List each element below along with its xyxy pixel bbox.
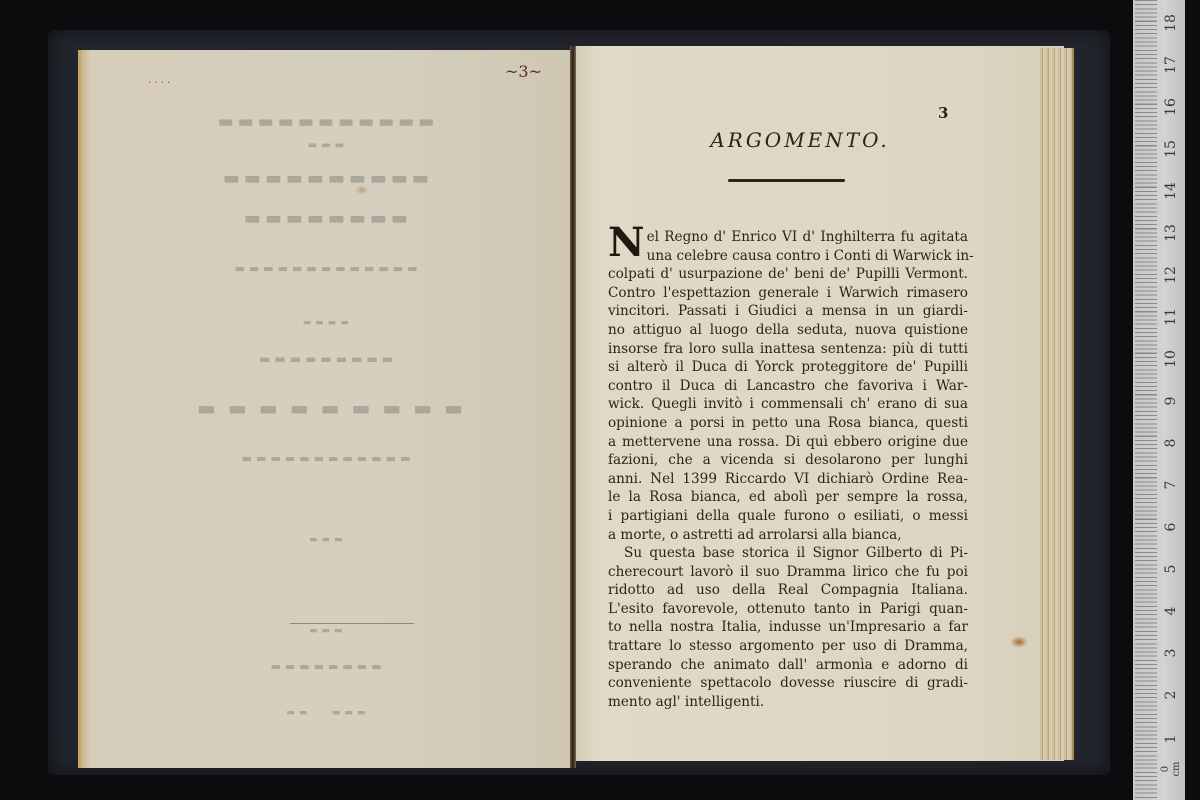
text-line: vincitori. Passati i Giudici a mensa in …	[608, 302, 968, 321]
heading-rule	[728, 179, 845, 182]
text-line: si alterò il Duca di Yorck proteggitore …	[608, 358, 968, 377]
ghost-text-line: ▬▬▬▬▬▬▬▬	[78, 660, 570, 673]
ruler-ticks	[1135, 0, 1157, 800]
text-line: le la Rosa bianca, ed abolì per sempre l…	[608, 488, 968, 507]
text-line: fazioni, che a vicenda si desolarono per…	[608, 451, 968, 470]
red-ink-dots: · · · ·	[148, 78, 170, 89]
text-line: insorse fra loro sulla inattesa sentenza…	[608, 340, 968, 359]
text-line: sperando che animato dall' armonìa e ado…	[608, 656, 968, 675]
ruler-label: 7	[1163, 474, 1179, 496]
page-number: 3	[938, 104, 948, 122]
text-line: anni. Nel 1399 Riccardo VI dichiarò Ordi…	[608, 470, 968, 489]
ruler-label: 4	[1163, 600, 1179, 622]
text-line: a morte, o astretti ad arrolarsi alla bi…	[608, 526, 968, 545]
ruler-label: 15	[1163, 138, 1179, 160]
ghost-text-line: ▬▬▬▬▬▬▬▬▬	[78, 352, 570, 366]
page-edges	[1040, 48, 1074, 760]
ghost-text-line: ▬▬▬ ▬▬	[78, 708, 570, 718]
ghost-text-line: ▬▬▬▬▬▬▬▬▬▬▬▬▬	[78, 262, 570, 275]
text-line: colpati d' usurpazione de' beni de' Pupi…	[608, 265, 968, 284]
ruler-label: 14	[1163, 180, 1179, 202]
drop-cap: N	[608, 228, 645, 258]
text-line: una celebre causa contro i Conti di Warw…	[608, 247, 968, 266]
ghost-text-line: ▬▬▬	[78, 626, 570, 636]
ghost-text-line: ▬▬▬▬	[78, 318, 570, 328]
page-heading: ARGOMENTO.	[700, 128, 900, 152]
text-line: contro il Duca di Lancastro che favoriva…	[608, 377, 968, 396]
foxing-stain	[1010, 636, 1028, 648]
ruler-label: 12	[1163, 264, 1179, 286]
ruler-label: 17	[1163, 54, 1179, 76]
text-line: conveniente spettacolo dovesse riuscire …	[608, 674, 968, 693]
foxing-stain	[355, 185, 369, 195]
text-line: L'esito favorevole, ottenuto tanto in Pa…	[608, 600, 968, 619]
ruler-label: 10	[1163, 348, 1179, 370]
ruler-label: 5	[1163, 558, 1179, 580]
ghost-text-line: ▬▬▬▬▬▬▬▬▬▬▬	[78, 112, 570, 132]
ruler-label: 2	[1163, 684, 1179, 706]
ghost-text-line: ▬▬▬▬▬▬▬▬▬▬	[78, 168, 570, 189]
handwritten-mark: ~3~	[505, 62, 542, 81]
text-line: trattare lo stesso argomento per uso di …	[608, 637, 968, 656]
text-line: i partigiani della quale furono o esilia…	[608, 507, 968, 526]
text-line: no attiguo al luogo della seduta, nuova …	[608, 321, 968, 340]
ruler-label: 9	[1163, 390, 1179, 412]
ghost-ornament: ▬▬▬	[78, 535, 570, 545]
ruler-label: 3	[1163, 642, 1179, 664]
ghost-text-line: ▬▬▬	[78, 140, 570, 151]
text-line: el Regno d' Enrico VI d' Inghilterra fu …	[608, 228, 968, 247]
ruler-label: 13	[1163, 222, 1179, 244]
text-line: opinione a porsi in petto una Rosa bianc…	[608, 414, 968, 433]
ghost-rule	[290, 623, 414, 624]
text-line: to nella nostra Italia, indusse un'Impre…	[608, 618, 968, 637]
ruler-label: 18	[1163, 12, 1179, 34]
ruler-label: 1	[1163, 728, 1179, 750]
ghost-text-line: ▬▬▬▬▬▬▬▬	[78, 208, 570, 229]
ruler-label: 8	[1163, 432, 1179, 454]
argument-body: N el Regno d' Enrico VI d' Inghilterra f…	[608, 228, 968, 711]
text-line: cherecourt lavorò il suo Dramma lirico c…	[608, 563, 968, 582]
ghost-text-line: ▬▬▬▬▬▬▬▬▬	[78, 396, 570, 420]
ruler-label: 6	[1163, 516, 1179, 538]
ruler-label: 16	[1163, 96, 1179, 118]
text-line: a mettervene una rossa. Di quì ebbero or…	[608, 433, 968, 452]
ruler-label: 11	[1163, 306, 1179, 328]
ghost-text-line: ▬▬▬▬▬▬▬▬▬▬▬▬	[78, 452, 570, 465]
ruler-label: 0 cm	[1160, 758, 1182, 780]
text-line: Contro l'espettazion generale i Warwich …	[608, 284, 968, 303]
text-line: Su questa base storica il Signor Gilbert…	[608, 544, 968, 563]
text-line: ridotto ad uso della Real Compagnia Ital…	[608, 581, 968, 600]
text-line: mento agl' intelligenti.	[608, 693, 968, 712]
text-line: wick. Quegli invitò i commensali ch' era…	[608, 395, 968, 414]
